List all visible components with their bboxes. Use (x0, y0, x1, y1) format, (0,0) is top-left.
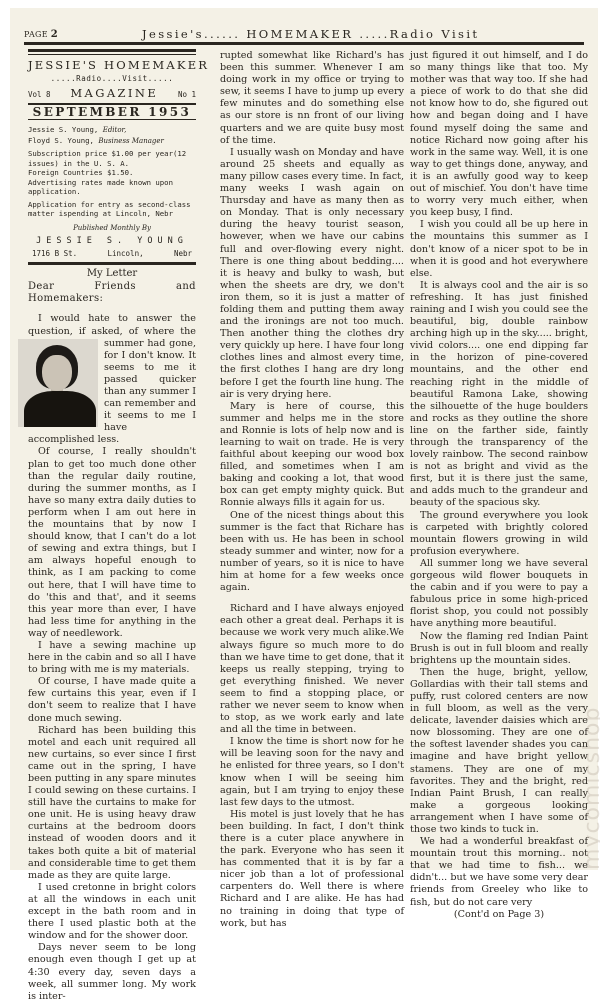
masthead-rule (28, 49, 196, 52)
page-number: PAGE 2 (24, 29, 58, 40)
paragraph: rupted somewhat like Richard's has been … (220, 50, 404, 147)
manager-line: Floyd S. Young, Business Manager (28, 136, 196, 147)
masthead-volume-row: Vol 8 MAGAZINE No 1 (28, 87, 196, 101)
paragraph: All summer long we have several gorgeous… (410, 558, 588, 631)
manager-role: Business Manager (98, 137, 164, 145)
masthead-rule (28, 119, 196, 120)
watermark: mycomicshop (580, 608, 600, 870)
masthead-rule (28, 54, 196, 55)
address-state: Nebr (174, 248, 192, 260)
advertising-line: application. (28, 187, 196, 197)
paragraph: Then the huge, bright, yellow, Gollardia… (410, 667, 588, 836)
page-label: PAGE (24, 30, 48, 39)
masthead-title: JESSIE'S HOMEMAKER (28, 59, 196, 71)
address-city: Lincoln, (107, 248, 143, 260)
paragraph: Now the flaming red Indian Paint Brush i… (410, 631, 588, 667)
manager-name: Floyd S. Young, (28, 136, 94, 145)
magazine-page: PAGE 2 Jessie's...... HOMEMAKER .....Rad… (10, 8, 598, 870)
foreign-price: Foreign Countries $1.50. (28, 168, 196, 178)
paragraph: It is always cool and the air is so refr… (410, 280, 588, 510)
paragraph: Of course, I really shouldn't plan to ge… (28, 446, 196, 640)
editor-name: Jessie S. Young, (28, 125, 98, 134)
issue-date: SEPTEMBER 1953 (28, 106, 196, 118)
portrait-photo (18, 339, 98, 427)
issue-number: No 1 (178, 89, 196, 101)
paragraph: Of course, I have made quite a few curta… (28, 676, 196, 724)
masthead-rule (28, 262, 196, 265)
column-1-body: Of course, I really shouldn't plan to ge… (28, 446, 196, 874)
column-2: rupted somewhat like Richard's has been … (220, 50, 404, 874)
paragraph: Mary is here of course, this summer and … (220, 401, 404, 510)
application-line: Application for entry as second-class (28, 200, 196, 210)
paragraph: I wish you could all be up here in the m… (410, 219, 588, 279)
subscription-line: issues) in the U. S. A. (28, 159, 196, 169)
masthead-subtitle: .....Radio....Visit..... (28, 73, 196, 85)
paragraph: His motel is just lovely that he has bee… (220, 809, 404, 874)
header-rule (24, 42, 584, 45)
published-by: Published Monthly By (28, 222, 196, 234)
paragraph: The ground everywhere you look is carpet… (410, 510, 588, 558)
masthead: JESSIE'S HOMEMAKER .....Radio....Visit..… (28, 49, 196, 265)
letter-title: My Letter (28, 268, 196, 280)
application-line: matter ispending at Lincoln, Nebr (28, 209, 196, 219)
salutation: Dear Friends and Homemakers: (28, 281, 196, 305)
publisher-name: JESSIE S. YOUNG (28, 235, 196, 247)
publisher-address: 1716 B St. Lincoln, Nebr (28, 248, 196, 260)
page-number-value: 2 (51, 29, 58, 40)
paragraph: I have a sewing machine up here in the c… (28, 640, 196, 676)
paragraph: I know the time is short now for he will… (220, 736, 404, 809)
address-street: 1716 B St. (32, 248, 77, 260)
editor-role: Editor, (103, 126, 127, 134)
column-1: JESSIE'S HOMEMAKER .....Radio....Visit..… (28, 49, 196, 874)
subscription-line: Subscription price $1.00 per year(12 (28, 149, 196, 159)
advertising-line: Advertising rates made known upon (28, 178, 196, 188)
magazine-label: MAGAZINE (70, 87, 158, 99)
volume: Vol 8 (28, 89, 51, 101)
paragraph: Richard and I have always enjoyed each o… (220, 603, 404, 736)
column-3: just figured it out himself, and I do so… (410, 50, 588, 874)
running-title: Jessie's...... HOMEMAKER .....Radio Visi… (142, 27, 479, 41)
paragraph: I usually wash on Monday and have around… (220, 147, 404, 401)
paragraph: just figured it out himself, and I do so… (410, 50, 588, 219)
paragraph: Richard has been building this motel and… (28, 725, 196, 874)
paragraph: We had a wonderful breakfast of mountain… (410, 836, 588, 874)
paragraph: One of the nicest things about this summ… (220, 510, 404, 595)
editor-line: Jessie S. Young, Editor, (28, 125, 196, 136)
paragraph: I would hate to answer the question, if … (28, 313, 196, 446)
